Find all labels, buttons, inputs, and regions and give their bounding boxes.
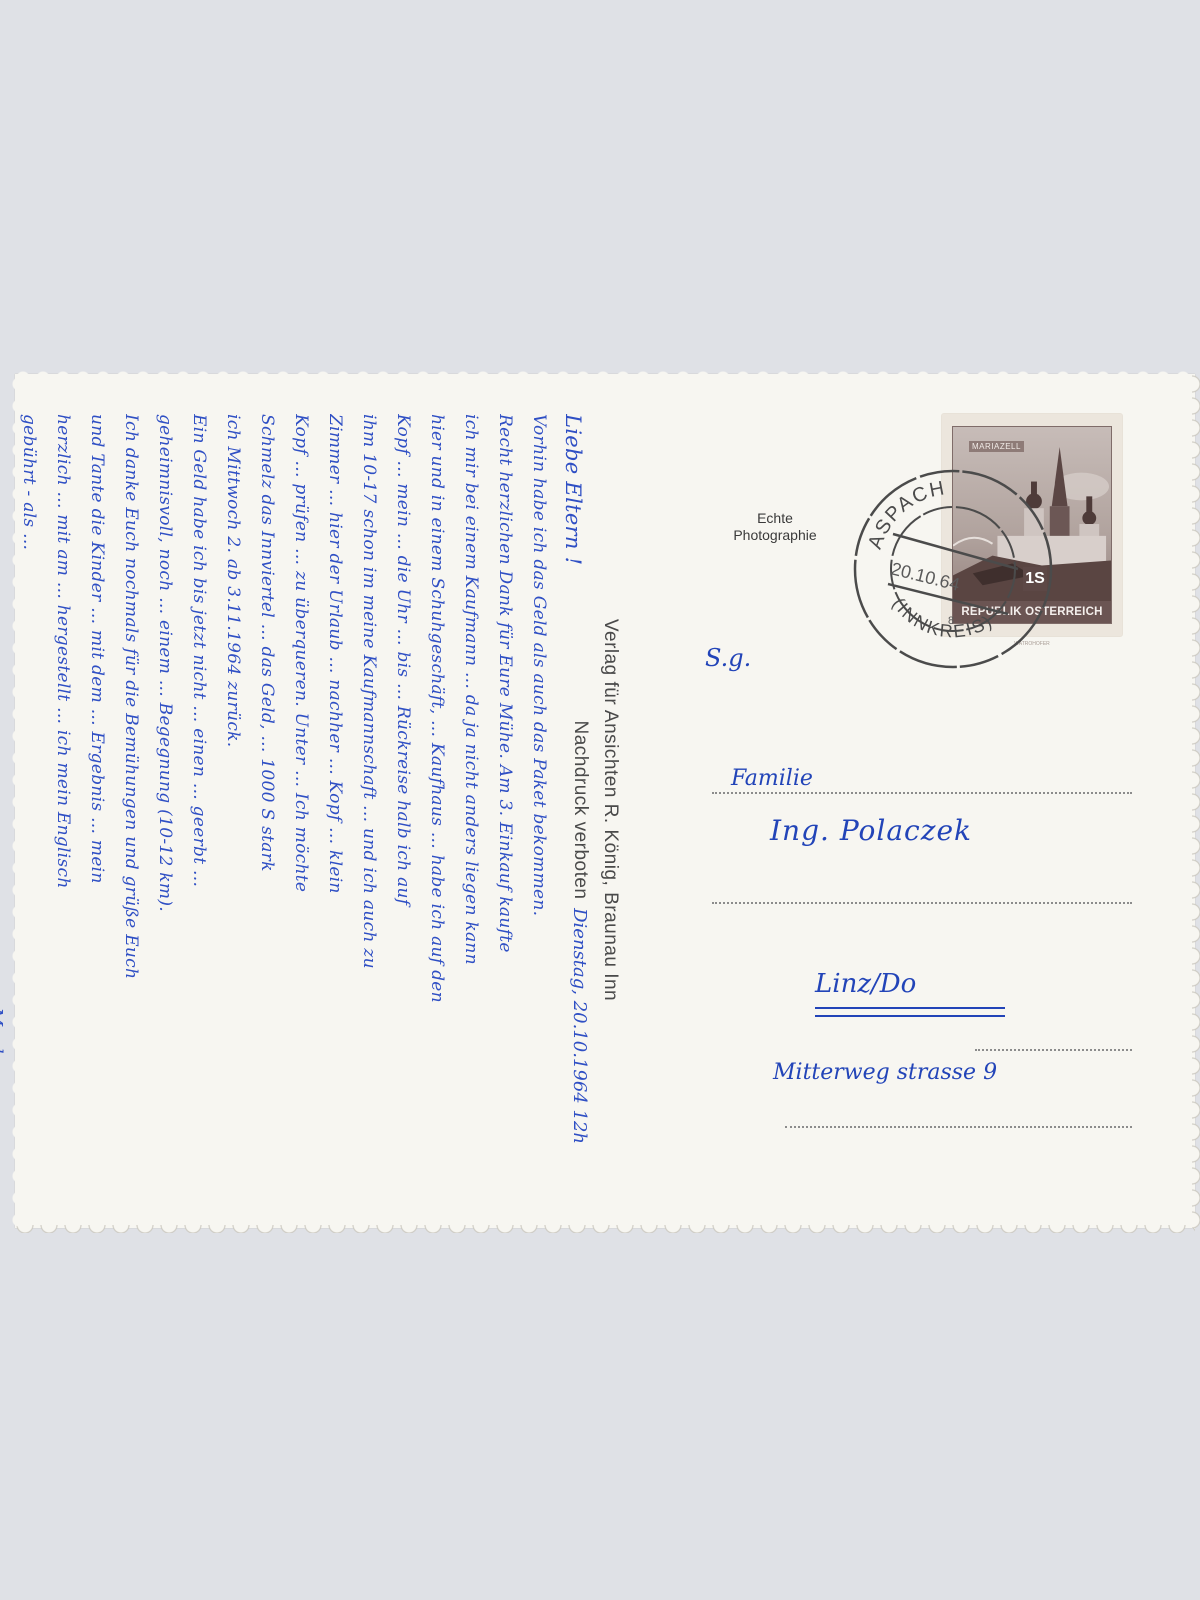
handwritten-message: Liebe Eltern ! Dienstag, 20.10.1964 12h … [30, 414, 590, 1214]
message-line: Zimmer ... hier der Urlaub ... nachher .… [318, 414, 352, 1214]
basilica-icon [953, 427, 1111, 623]
photo-label-line-1: Echte [705, 510, 845, 527]
message-line: hier und in einem Schuhgeschäft, ... Kau… [420, 414, 454, 1214]
publisher-line-2: Nachdruck verboten [565, 530, 595, 1090]
stamp-denomination: 1S [1023, 567, 1047, 591]
message-area: Liebe Eltern ! Dienstag, 20.10.1964 12h … [15, 374, 605, 1228]
address-salutation: S.g. [705, 644, 751, 672]
message-line: gebührt - als ... [12, 414, 46, 1214]
message-line: ich mir bei einem Kaufmann ... da ja nic… [454, 414, 488, 1214]
message-line: Recht herzlichen Dank für Eure Mühe. Am … [488, 414, 522, 1214]
stamp-engraver: WATROHOFER [942, 641, 1122, 647]
message-line: Kopf ... prüfen ... zu überqueren. Unter… [284, 414, 318, 1214]
postmark-town: ASPACH [864, 477, 948, 552]
stamp-country: REPUBLIK OSTERREICH [953, 601, 1111, 623]
postage-stamp: MARIAZELL 1S REPUBLIK OSTERREICH WATROHO… [942, 414, 1122, 636]
stamp-image: MARIAZELL 1S REPUBLIK OSTERREICH [952, 426, 1112, 624]
deckle-edge-right [1192, 374, 1200, 1228]
message-line: Vorhin habe ich das Geld als auch das Pa… [522, 414, 556, 1214]
address-rule-2 [712, 902, 1132, 904]
address-street: Mitterweg strasse 9 [773, 1060, 997, 1085]
photo-label: Echte Photographie [705, 510, 845, 544]
postcard: Liebe Eltern ! Dienstag, 20.10.1964 12h … [15, 374, 1195, 1228]
address-line-1: Familie [731, 766, 813, 791]
message-line: Schmelz das Innviertel ... das Geld, ...… [250, 414, 284, 1214]
message-line: geheimnisvoll, noch ... einem ... Begegn… [148, 414, 182, 1214]
message-line: ich Mittwoch 2. ab 3.11.1964 zurück. [216, 414, 250, 1214]
address-rule-4 [785, 1126, 1132, 1128]
address-rule-1 [712, 792, 1132, 794]
message-line: ihm 10-17 schon im meine Kaufmannschaft … [352, 414, 386, 1214]
message-line: Kopf ... mein ... die Uhr ... bis ... Rü… [386, 414, 420, 1214]
message-signoff: Maxl [0, 414, 12, 1214]
message-body: Vorhin habe ich das Geld als auch das Pa… [12, 414, 556, 1214]
message-line: Ich danke Euch nochmals für die Bemühung… [114, 414, 148, 1214]
svg-text:ASPACH: ASPACH [864, 477, 948, 552]
publisher-imprint: Verlag für Ansichten R. König, Braunau I… [563, 530, 625, 1090]
address-line-2: Ing. Polaczek [770, 814, 972, 847]
photo-label-line-2: Photographie [705, 527, 845, 544]
city-underline [815, 1007, 1005, 1017]
message-line: herzlich ... mit am ... hergestellt ... … [46, 414, 80, 1214]
address-city: Linz/Do [815, 969, 916, 999]
address-rule-3 [975, 1049, 1132, 1051]
stamp-place-name: MARIAZELL [969, 441, 1024, 452]
publisher-line-1: Verlag für Ansichten R. König, Braunau I… [595, 530, 625, 1090]
message-line: Ein Geld habe ich bis jetzt nicht ... ei… [182, 414, 216, 1214]
message-line: und Tante die Kinder ... mit dem ... Erg… [80, 414, 114, 1214]
